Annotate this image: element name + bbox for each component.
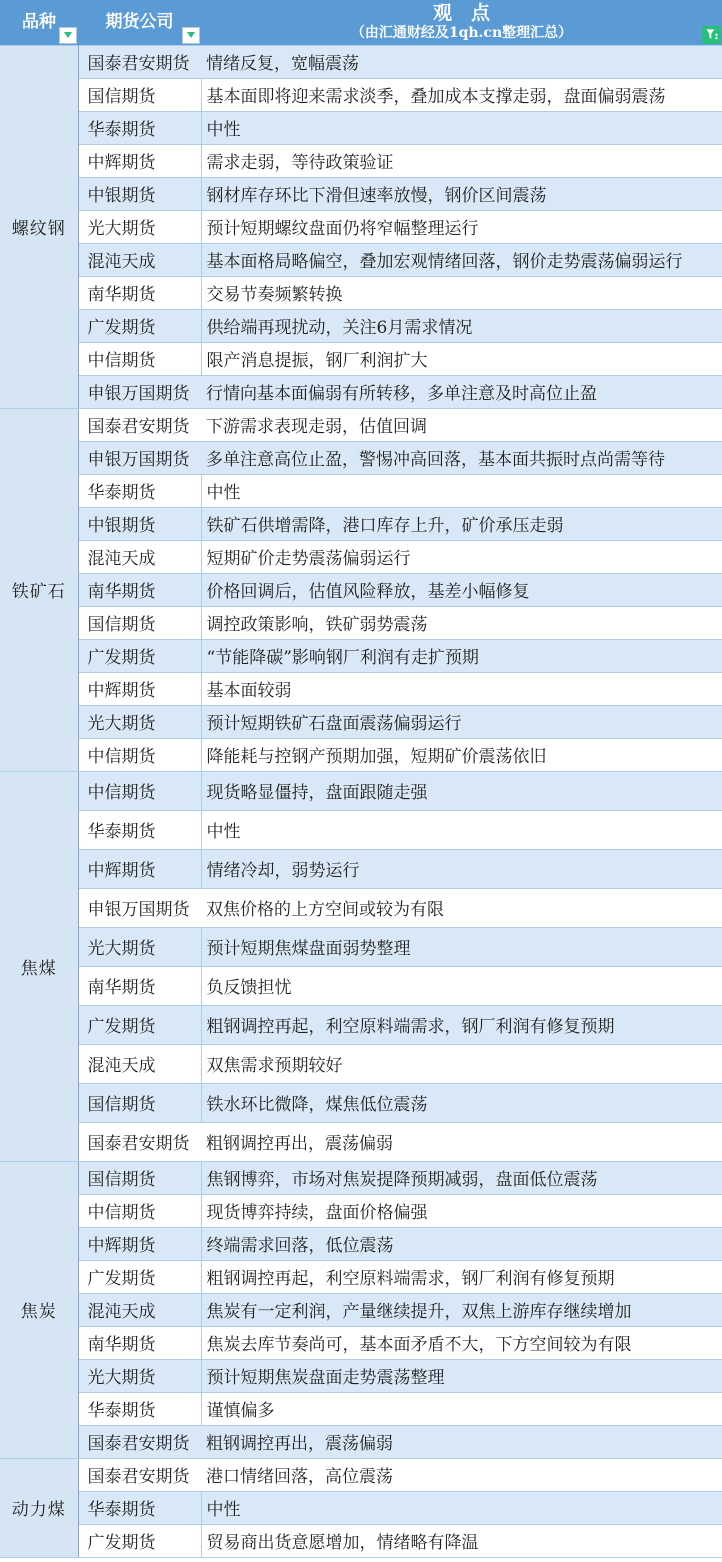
company-cell: 华泰期货 [78,1392,201,1425]
opinion-cell: 负反馈担忧 [201,966,722,1005]
opinion-cell: 贸易商出货意愿增加，情绪略有降温 [201,1524,722,1557]
company-cell: 光大期货 [78,210,201,243]
table-row: 混沌天成基本面格局略偏空，叠加宏观情绪回落，钢价走势震荡偏弱运行 [0,243,722,276]
table-row: 混沌天成短期矿价走势震荡偏弱运行 [0,540,722,573]
table-row: 华泰期货中性 [0,474,722,507]
opinion-cell: 双焦价格的上方空间或较为有限 [201,888,722,927]
table-row: 焦炭国信期货焦钢博弈，市场对焦炭提降预期减弱，盘面低位震荡 [0,1161,722,1194]
opinion-cell: 中性 [201,1491,722,1524]
table-row: 广发期货供给端再现扰动，关注6月需求情况 [0,309,722,342]
company-cell: 中辉期货 [78,144,201,177]
opinion-cell: 中性 [201,111,722,144]
table-row: 华泰期货中性 [0,111,722,144]
table-row: 焦煤中信期货现货略显僵持，盘面跟随走强 [0,771,722,810]
table-row: 中辉期货终端需求回落，低位震荡 [0,1227,722,1260]
table-row: 华泰期货谨慎偏多 [0,1392,722,1425]
opinion-cell: 交易节奏频繁转换 [201,276,722,309]
company-cell: 华泰期货 [78,1491,201,1524]
company-filter-dropdown[interactable] [182,27,200,44]
company-cell: 南华期货 [78,1326,201,1359]
opinion-table-body: 螺纹钢国泰君安期货情绪反复，宽幅震荡国信期货基本面即将迎来需求淡季，叠加成本支撑… [0,45,722,1557]
table-row: 光大期货预计短期焦煤盘面弱势整理 [0,927,722,966]
opinion-cell: 行情向基本面偏弱有所转移，多单注意及时高位止盈 [201,375,722,408]
opinion-cell: 需求走弱，等待政策验证 [201,144,722,177]
table-row: 南华期货负反馈担忧 [0,966,722,1005]
company-cell: 混沌天成 [78,540,201,573]
opinion-cell: 情绪冷却，弱势运行 [201,849,722,888]
table-row: 中辉期货需求走弱，等待政策验证 [0,144,722,177]
opinion-cell: 价格回调后，估值风险释放，基差小幅修复 [201,573,722,606]
table-row: 广发期货“节能降碳”影响钢厂利润有走扩预期 [0,639,722,672]
table-row: 申银万国期货多单注意高位止盈，警惕冲高回落，基本面共振时点尚需等待 [0,441,722,474]
table-row: 中银期货铁矿石供增需降，港口库存上升，矿价承压走弱 [0,507,722,540]
table-row: 华泰期货中性 [0,810,722,849]
opinion-table: 品种 期货公司 观 点 （由汇通财经及1qh.cn整理汇总） [0,0,722,1558]
opinion-cell: 焦钢博弈，市场对焦炭提降预期减弱，盘面低位震荡 [201,1161,722,1194]
company-cell: 中信期货 [78,342,201,375]
company-cell: 国信期货 [78,78,201,111]
table-row: 光大期货预计短期螺纹盘面仍将窄幅整理运行 [0,210,722,243]
company-cell: 国泰君安期货 [78,1425,201,1458]
opinion-cell: 多单注意高位止盈，警惕冲高回落，基本面共振时点尚需等待 [201,441,722,474]
company-cell: 混沌天成 [78,243,201,276]
table-row: 中辉期货情绪冷却，弱势运行 [0,849,722,888]
company-cell: 光大期货 [78,927,201,966]
header-row: 品种 期货公司 观 点 （由汇通财经及1qh.cn整理汇总） [0,0,722,45]
company-cell: 中辉期货 [78,849,201,888]
opinion-cell: 双焦需求预期较好 [201,1044,722,1083]
company-cell: 南华期货 [78,573,201,606]
table-row: 南华期货焦炭去库节奏尚可，基本面矛盾不大，下方空间较为有限 [0,1326,722,1359]
opinion-cell: 钢材库存环比下滑但速率放慢，钢价区间震荡 [201,177,722,210]
company-cell: 国信期货 [78,1161,201,1194]
table-row: 螺纹钢国泰君安期货情绪反复，宽幅震荡 [0,45,722,78]
table-row: 申银万国期货行情向基本面偏弱有所转移，多单注意及时高位止盈 [0,375,722,408]
opinion-cell: 预计短期焦炭盘面走势震荡整理 [201,1359,722,1392]
filter-funnel-icon [704,27,719,42]
company-cell: 中信期货 [78,1194,201,1227]
company-cell: 华泰期货 [78,474,201,507]
futures-opinion-screen: 品种 期货公司 观 点 （由汇通财经及1qh.cn整理汇总） [0,0,722,1562]
company-cell: 南华期货 [78,276,201,309]
table-row: 动力煤国泰君安期货港口情绪回落，高位震荡 [0,1458,722,1491]
opinion-cell: 短期矿价走势震荡偏弱运行 [201,540,722,573]
opinion-cell: 基本面即将迎来需求淡季，叠加成本支撑走弱，盘面偏弱震荡 [201,78,722,111]
opinion-column-header: 观 点 （由汇通财经及1qh.cn整理汇总） [201,0,722,45]
company-cell: 广发期货 [78,639,201,672]
table-row: 国信期货基本面即将迎来需求淡季，叠加成本支撑走弱，盘面偏弱震荡 [0,78,722,111]
table-row: 华泰期货中性 [0,1491,722,1524]
company-cell: 南华期货 [78,966,201,1005]
table-row: 广发期货粗钢调控再起，利空原料端需求，钢厂利润有修复预期 [0,1260,722,1293]
filter-funnel-button[interactable] [702,26,721,44]
table-row: 中银期货钢材库存环比下滑但速率放慢，钢价区间震荡 [0,177,722,210]
table-row: 广发期货粗钢调控再起，利空原料端需求，钢厂利润有修复预期 [0,1005,722,1044]
variety-cell: 动力煤 [0,1458,78,1557]
opinion-cell: 供给端再现扰动，关注6月需求情况 [201,309,722,342]
opinion-cell: 限产消息提振，钢厂利润扩大 [201,342,722,375]
opinion-cell: 基本面较弱 [201,672,722,705]
opinion-cell: 焦炭有一定利润，产量继续提升，双焦上游库存继续增加 [201,1293,722,1326]
table-row: 广发期货贸易商出货意愿增加，情绪略有降温 [0,1524,722,1557]
opinion-header-subtitle: （由汇通财经及1qh.cn整理汇总） [201,25,722,42]
table-row: 中信期货现货博弈持续，盘面价格偏强 [0,1194,722,1227]
opinion-cell: 预计短期焦煤盘面弱势整理 [201,927,722,966]
company-cell: 国信期货 [78,606,201,639]
variety-filter-dropdown[interactable] [59,27,77,44]
company-cell: 中银期货 [78,507,201,540]
table-row: 中辉期货基本面较弱 [0,672,722,705]
company-cell: 国信期货 [78,1083,201,1122]
table-row: 南华期货价格回调后，估值风险释放，基差小幅修复 [0,573,722,606]
table-row: 国泰君安期货粗钢调控再出，震荡偏弱 [0,1425,722,1458]
table-row: 申银万国期货双焦价格的上方空间或较为有限 [0,888,722,927]
opinion-cell: 中性 [201,474,722,507]
opinion-cell: 基本面格局略偏空，叠加宏观情绪回落，钢价走势震荡偏弱运行 [201,243,722,276]
company-cell: 申银万国期货 [78,888,201,927]
table-row: 南华期货交易节奏频繁转换 [0,276,722,309]
opinion-cell: “节能降碳”影响钢厂利润有走扩预期 [201,639,722,672]
opinion-cell: 焦炭去库节奏尚可，基本面矛盾不大，下方空间较为有限 [201,1326,722,1359]
company-cell: 广发期货 [78,1260,201,1293]
company-cell: 国泰君安期货 [78,1122,201,1161]
variety-cell: 铁矿石 [0,408,78,771]
company-cell: 国泰君安期货 [78,45,201,78]
opinion-cell: 现货博弈持续，盘面价格偏强 [201,1194,722,1227]
table-row: 国信期货铁水环比微降，煤焦低位震荡 [0,1083,722,1122]
table-row: 混沌天成双焦需求预期较好 [0,1044,722,1083]
table-row: 中信期货限产消息提振，钢厂利润扩大 [0,342,722,375]
company-cell: 国泰君安期货 [78,1458,201,1491]
company-column-header: 期货公司 [78,0,201,45]
opinion-cell: 终端需求回落，低位震荡 [201,1227,722,1260]
opinion-cell: 粗钢调控再出，震荡偏弱 [201,1122,722,1161]
opinion-cell: 调控政策影响，铁矿弱势震荡 [201,606,722,639]
company-cell: 广发期货 [78,1524,201,1557]
chevron-down-icon [187,32,195,38]
company-cell: 中银期货 [78,177,201,210]
opinion-cell: 情绪反复，宽幅震荡 [201,45,722,78]
company-cell: 中信期货 [78,771,201,810]
company-cell: 华泰期货 [78,111,201,144]
company-cell: 中信期货 [78,738,201,771]
opinion-cell: 谨慎偏多 [201,1392,722,1425]
company-cell: 混沌天成 [78,1293,201,1326]
company-cell: 华泰期货 [78,810,201,849]
opinion-cell: 下游需求表现走弱，估值回调 [201,408,722,441]
variety-cell: 焦煤 [0,771,78,1161]
table-row: 国泰君安期货粗钢调控再出，震荡偏弱 [0,1122,722,1161]
company-cell: 光大期货 [78,705,201,738]
opinion-cell: 粗钢调控再出，震荡偏弱 [201,1425,722,1458]
opinion-cell: 铁水环比微降，煤焦低位震荡 [201,1083,722,1122]
table-row: 光大期货预计短期铁矿石盘面震荡偏弱运行 [0,705,722,738]
company-cell: 申银万国期货 [78,441,201,474]
variety-cell: 螺纹钢 [0,45,78,408]
opinion-header-title: 观 点 [201,2,722,25]
table-row: 国信期货调控政策影响，铁矿弱势震荡 [0,606,722,639]
company-cell: 广发期货 [78,309,201,342]
opinion-cell: 粗钢调控再起，利空原料端需求，钢厂利润有修复预期 [201,1005,722,1044]
opinion-cell: 降能耗与控钢产预期加强，短期矿价震荡依旧 [201,738,722,771]
table-row: 中信期货降能耗与控钢产预期加强，短期矿价震荡依旧 [0,738,722,771]
table-row: 铁矿石国泰君安期货下游需求表现走弱，估值回调 [0,408,722,441]
table-row: 光大期货预计短期焦炭盘面走势震荡整理 [0,1359,722,1392]
company-cell: 广发期货 [78,1005,201,1044]
variety-cell: 焦炭 [0,1161,78,1458]
opinion-cell: 现货略显僵持，盘面跟随走强 [201,771,722,810]
opinion-cell: 粗钢调控再起，利空原料端需求，钢厂利润有修复预期 [201,1260,722,1293]
company-cell: 申银万国期货 [78,375,201,408]
company-cell: 混沌天成 [78,1044,201,1083]
company-cell: 中辉期货 [78,1227,201,1260]
company-cell: 光大期货 [78,1359,201,1392]
opinion-cell: 铁矿石供增需降，港口库存上升，矿价承压走弱 [201,507,722,540]
company-cell: 国泰君安期货 [78,408,201,441]
opinion-cell: 港口情绪回落，高位震荡 [201,1458,722,1491]
opinion-cell: 预计短期螺纹盘面仍将窄幅整理运行 [201,210,722,243]
company-cell: 中辉期货 [78,672,201,705]
variety-column-header: 品种 [0,0,78,45]
opinion-cell: 预计短期铁矿石盘面震荡偏弱运行 [201,705,722,738]
chevron-down-icon [64,32,72,38]
opinion-cell: 中性 [201,810,722,849]
table-row: 混沌天成焦炭有一定利润，产量继续提升，双焦上游库存继续增加 [0,1293,722,1326]
